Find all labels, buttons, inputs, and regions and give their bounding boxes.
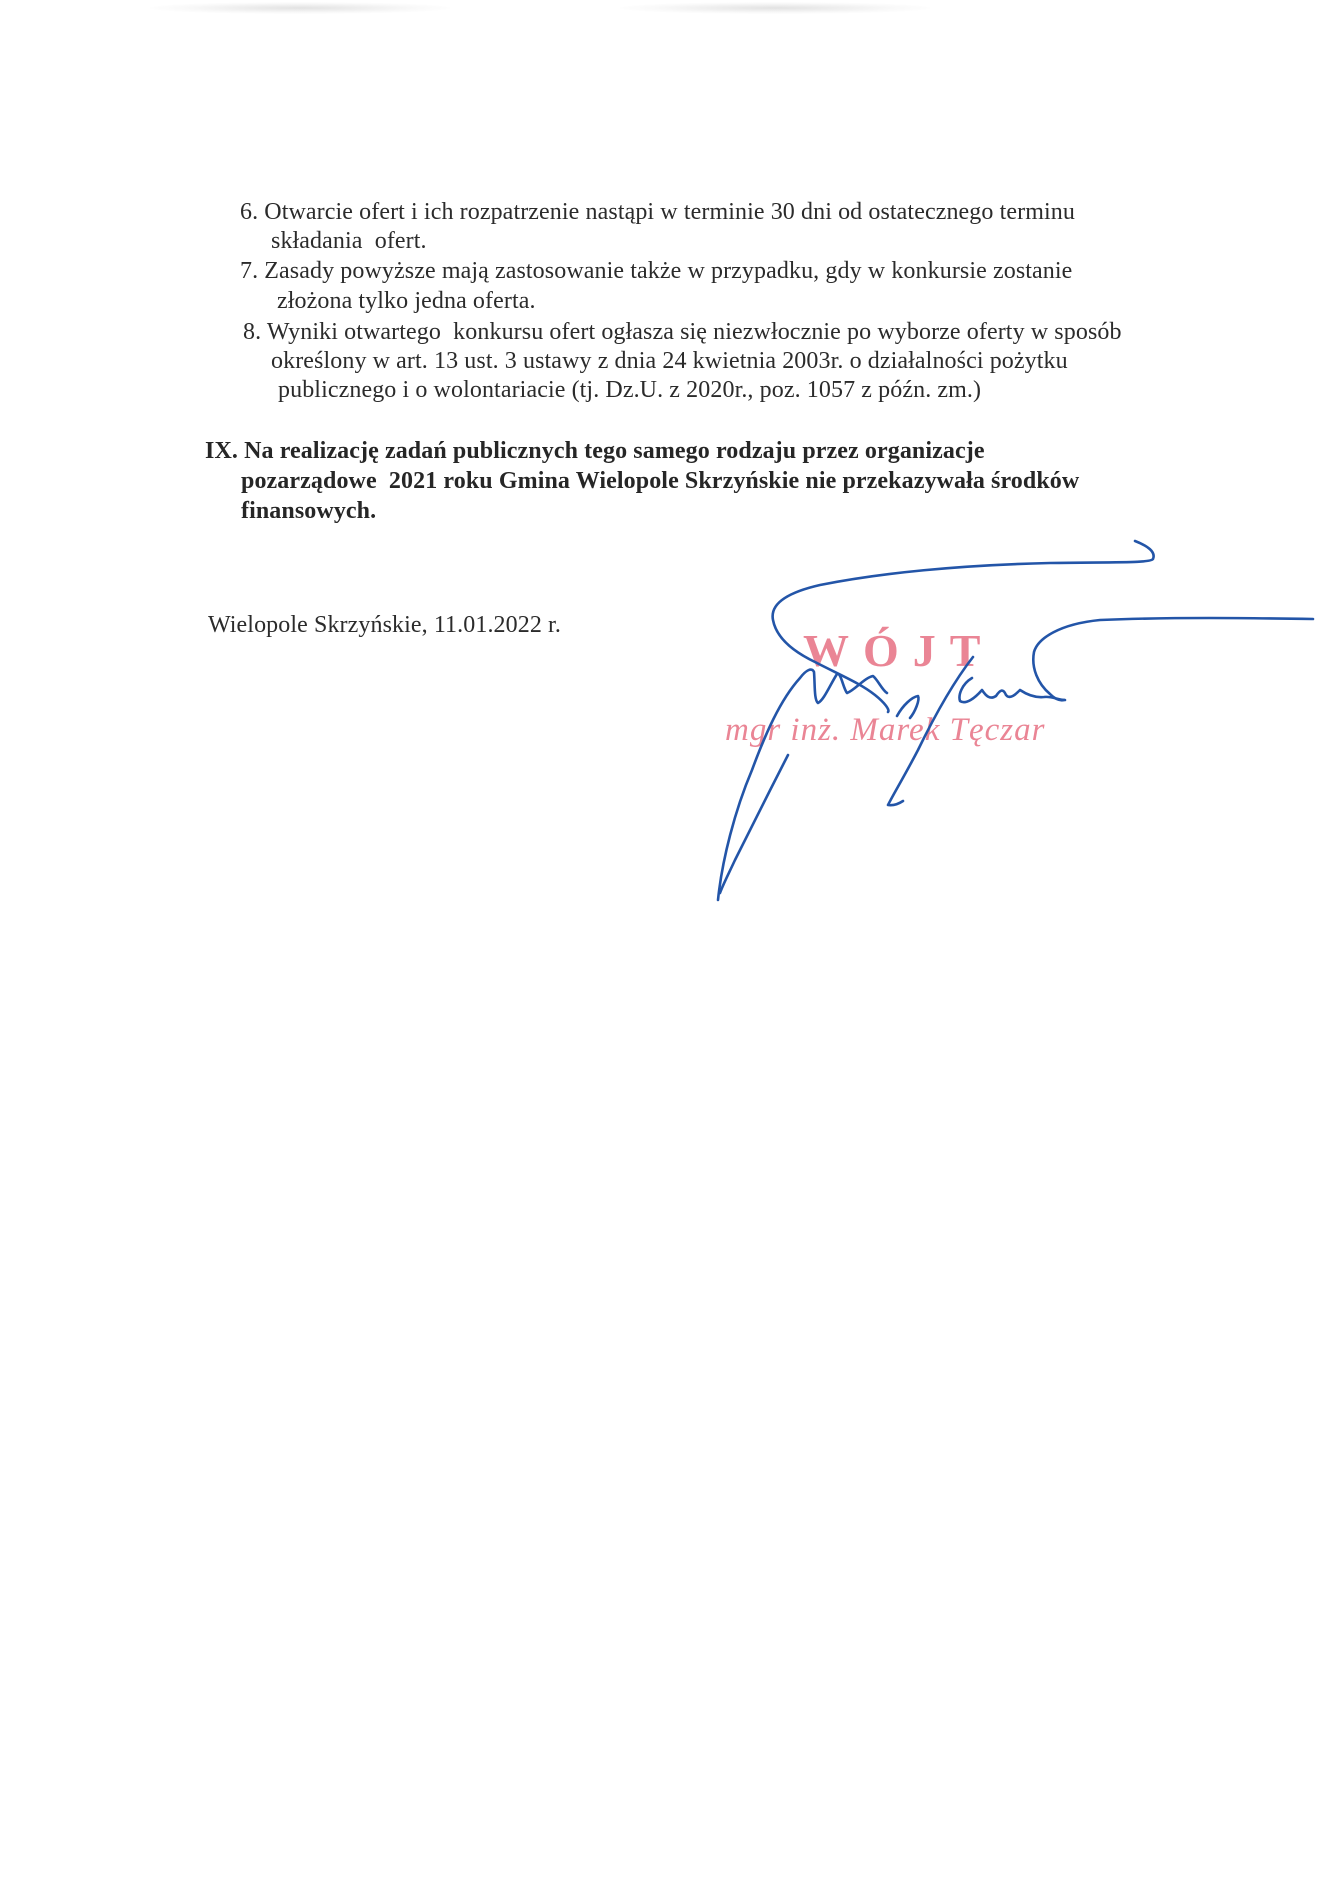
list-item-8-line-2: określony w art. 13 ust. 3 ustawy z dnia… [271, 347, 1068, 375]
list-item-7-line-1: 7. Zasady powyższe mają zastosowanie tak… [240, 257, 1072, 285]
scan-artifact [620, 2, 930, 14]
section-ix-line-3: finansowych. [241, 497, 376, 525]
stamp-title: WÓJT [803, 624, 994, 677]
scan-artifact [150, 2, 450, 14]
section-ix-line-2: pozarządowe 2021 roku Gmina Wielopole Sk… [241, 467, 1079, 495]
list-item-6-line-2: składania ofert. [271, 227, 427, 255]
list-item-7-line-2: złożona tylko jedna oferta. [277, 287, 536, 315]
section-ix-line-1: IX. Na realizację zadań publicznych tego… [205, 437, 985, 465]
list-item-6-line-1: 6. Otwarcie ofert i ich rozpatrzenie nas… [240, 198, 1075, 226]
list-item-8-line-3: publicznego i o wolontariacie (tj. Dz.U.… [278, 376, 981, 404]
list-item-8-line-1: 8. Wyniki otwartego konkursu ofert ogłas… [243, 318, 1122, 346]
stamp-name: mgr inż. Marek Tęczar [725, 712, 1045, 749]
place-date: Wielopole Skrzyńskie, 11.01.2022 r. [208, 611, 561, 639]
